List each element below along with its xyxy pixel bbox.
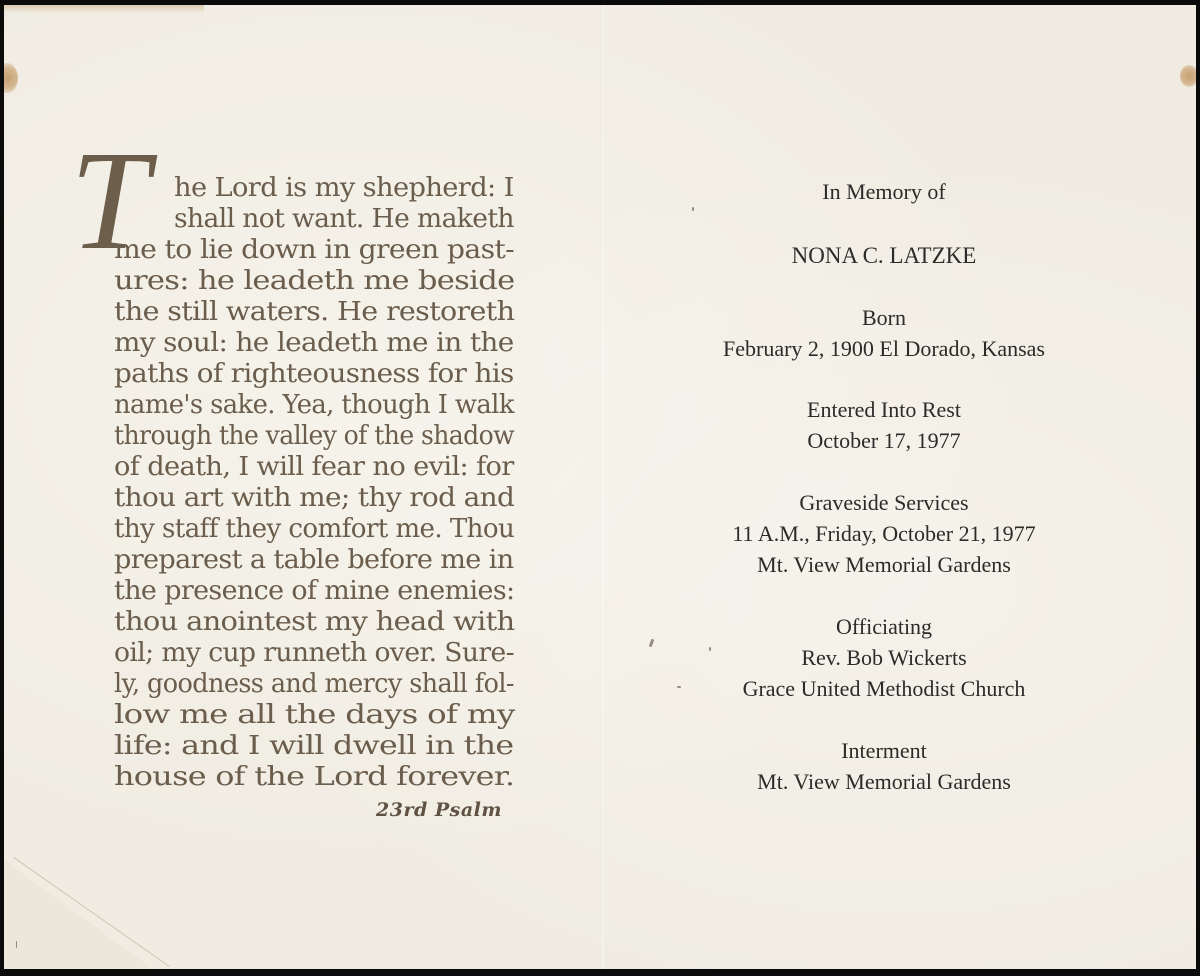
psalm-line: thy staff they comfort me. Thou <box>114 514 514 545</box>
officiant-name: Rev. Bob Wickerts <box>644 643 1124 673</box>
psalm-line: house of the Lord forever. <box>114 762 514 793</box>
psalm-attribution: 23rd Psalm <box>376 799 502 821</box>
psalm-line: preparest a table before me in <box>114 545 514 576</box>
memorial-heading: In Memory of <box>644 177 1124 207</box>
born-value: February 2, 1900 El Dorado, Kansas <box>644 334 1124 364</box>
officiating-label: Officiating <box>644 612 1124 642</box>
services-label: Graveside Services <box>644 488 1124 518</box>
deceased-name: NONA C. LATZKE <box>644 241 1124 271</box>
psalm-line: paths of righteousness for his <box>114 359 514 390</box>
psalm-line: ures: he leadeth me beside <box>114 266 515 297</box>
psalm-line: low me all the days of my <box>114 700 514 731</box>
psalm-line: name's sake. Yea, though I walk <box>114 390 514 421</box>
psalm-line: thou art with me; thy rod and <box>114 483 514 514</box>
psalm-line: me to lie down in green past- <box>114 235 514 266</box>
psalm-line: of death, I will fear no evil: for <box>114 452 514 483</box>
card-paper: T he Lord is my shepherd: I shall not wa… <box>4 5 1196 969</box>
scanned-card: T he Lord is my shepherd: I shall not wa… <box>0 0 1200 976</box>
psalm-line: the still waters. He restoreth <box>114 297 514 328</box>
center-fold <box>602 5 605 969</box>
psalm-line: ly, goodness and mercy shall fol- <box>114 669 514 700</box>
edge-stain <box>4 5 204 13</box>
stain-mark-right <box>1180 65 1196 87</box>
psalm-line: my soul: he leadeth me in the <box>114 328 514 359</box>
folded-corner <box>4 860 154 969</box>
psalm-line: he Lord is my shepherd: I <box>174 173 514 204</box>
psalm-line: the presence of mine enemies: <box>114 576 515 607</box>
services-place: Mt. View Memorial Gardens <box>644 550 1124 580</box>
paper-speck <box>16 941 17 948</box>
memorial-details: In Memory of NONA C. LATZKE Born Februar… <box>644 5 1124 969</box>
services-time: 11 A.M., Friday, October 21, 1977 <box>644 519 1124 549</box>
psalm-line: thou anointest my head with <box>114 607 514 638</box>
psalm-line: oil; my cup runneth over. Sure- <box>114 638 514 669</box>
stain-mark-left <box>4 63 18 93</box>
church-name: Grace United Methodist Church <box>644 674 1124 704</box>
psalm-line: life: and I will dwell in the <box>114 731 513 762</box>
interment-place: Mt. View Memorial Gardens <box>644 767 1124 797</box>
interment-label: Interment <box>644 736 1124 766</box>
psalm-line: shall not want. He maketh <box>174 204 514 235</box>
psalm-line: through the valley of the shadow <box>114 421 514 452</box>
rest-date: October 17, 1977 <box>644 426 1124 456</box>
born-label: Born <box>644 303 1124 333</box>
rest-label: Entered Into Rest <box>644 395 1124 425</box>
